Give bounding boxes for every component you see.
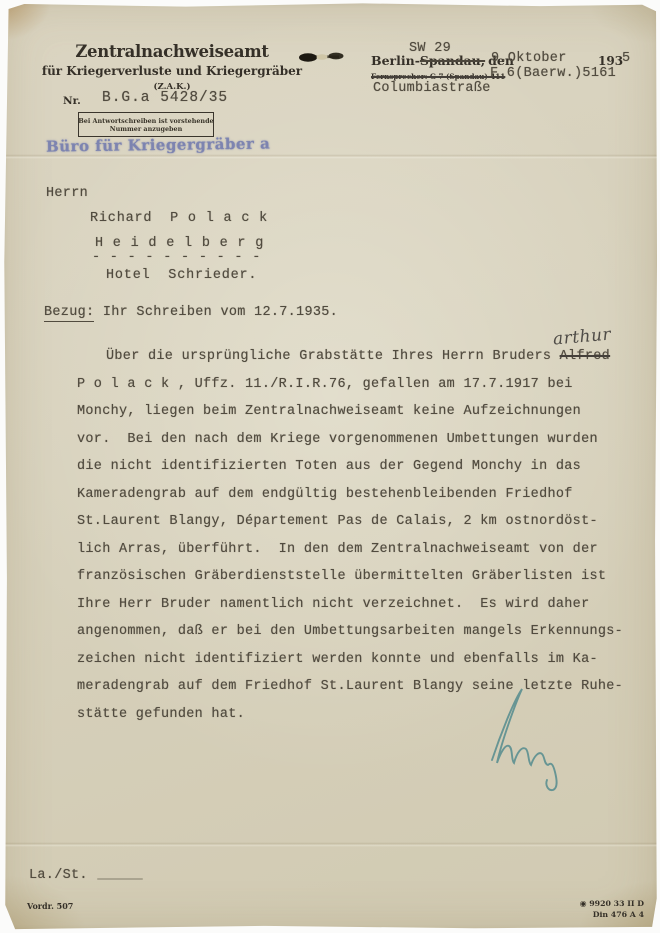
letter-body: Über die ursprüngliche Grabstätte Ihres …: [77, 343, 629, 728]
fold-crease-bottom: [2, 842, 658, 847]
dateline-city-struck: Spandau,: [420, 53, 485, 68]
reference-number-value: B.G.a 5428/35: [102, 90, 228, 106]
form-number: Vordr. 507: [27, 901, 73, 911]
paper-sheet: Zentralnachweiseamt für Kriegerverluste …: [2, 2, 658, 931]
reference-line-label: Bezug:: [44, 305, 94, 322]
recipient-name: Richard P o l a c k: [90, 211, 268, 226]
recipient-underline-dashes: - - - - - - - - - -: [92, 250, 261, 265]
letterhead-office-subtitle: für Kriegerverluste und Kriegergräber: [17, 64, 327, 78]
body-line: St.Laurent Blangy, Département Pas de Ca…: [77, 508, 629, 536]
phone-number-typed: F 6(Baerw.)5161: [490, 66, 616, 81]
print-code-text: 9920 33 II D: [589, 899, 644, 908]
reply-note-box: Bei Antwortschreiben ist vorstehende Num…: [78, 112, 214, 137]
body-line: angenommen, daß er bei den Umbettungsarb…: [77, 618, 629, 646]
signature-stroke: [480, 684, 580, 796]
faint-pencil-line: [97, 878, 143, 880]
body-line: P o l a c k , Uffz. 11./R.I.R.76, gefall…: [77, 371, 629, 399]
dateline-date: 9.Oktober: [491, 51, 567, 66]
body-line: französischen Gräberdienststelle übermit…: [77, 563, 629, 591]
typist-initials: La./St.: [29, 868, 88, 883]
print-code: ◉ 9920 33 II D: [572, 899, 644, 908]
body-line: zeichen nicht identifiziert werden konnt…: [77, 646, 629, 674]
reply-note-line2: Nummer anzugeben: [110, 125, 182, 133]
ink-blot: [298, 49, 350, 70]
recipient-address-line: Hotel Schrieder.: [106, 268, 257, 283]
scanned-letter: Zentralnachweiseamt für Kriegerverluste …: [0, 0, 660, 933]
reference-line: Bezug: Ihr Schreiben vom 12.7.1935.: [44, 305, 338, 320]
body-line: vor. Bei den nach dem Kriege vorgenommen…: [77, 426, 629, 454]
reference-line-text: Ihr Schreiben vom 12.7.1935.: [94, 305, 338, 320]
reference-number-label: Nr.: [63, 95, 81, 107]
dateline-city-printed: Berlin-: [371, 53, 420, 68]
dateline-year-typed: 5: [622, 51, 630, 66]
street-address: Columbiastraße: [373, 81, 491, 96]
letterhead-office-name: Zentralnachweiseamt: [32, 42, 312, 61]
recipient-salutation: Herrn: [46, 186, 88, 201]
phone-number-printed-struck: Fernsprecher: G 7 (Spandau) 411: [371, 72, 505, 81]
din-format-code: Din 476 A 4: [572, 910, 644, 919]
printer-mark-icon: ◉: [580, 899, 587, 908]
office-ink-stamp: Büro für Kriegergräber a: [46, 134, 276, 155]
reply-note-line1: Bei Antwortschreiben ist vorstehende: [78, 117, 213, 125]
body-line: Kameradengrab auf dem endgültig bestehen…: [77, 481, 629, 509]
body-line: Ihre Herr Bruder namentlich nicht verzei…: [77, 591, 629, 619]
body-line-1-text: Über die ursprüngliche Grabstätte Ihres …: [106, 349, 560, 364]
body-line: lich Arras, überführt. In den dem Zentra…: [77, 536, 629, 564]
ink-blot-shape: [298, 49, 350, 65]
body-line: Monchy, liegen beim Zentralnachweiseamt …: [77, 398, 629, 426]
recipient-city: H e i d e l b e r g: [95, 236, 264, 251]
struck-first-name: Alfred: [560, 349, 610, 364]
body-line: die nicht identifizierten Toten aus der …: [77, 453, 629, 481]
body-line: Über die ursprüngliche Grabstätte Ihres …: [77, 343, 629, 371]
signature-handwritten: [480, 684, 580, 801]
